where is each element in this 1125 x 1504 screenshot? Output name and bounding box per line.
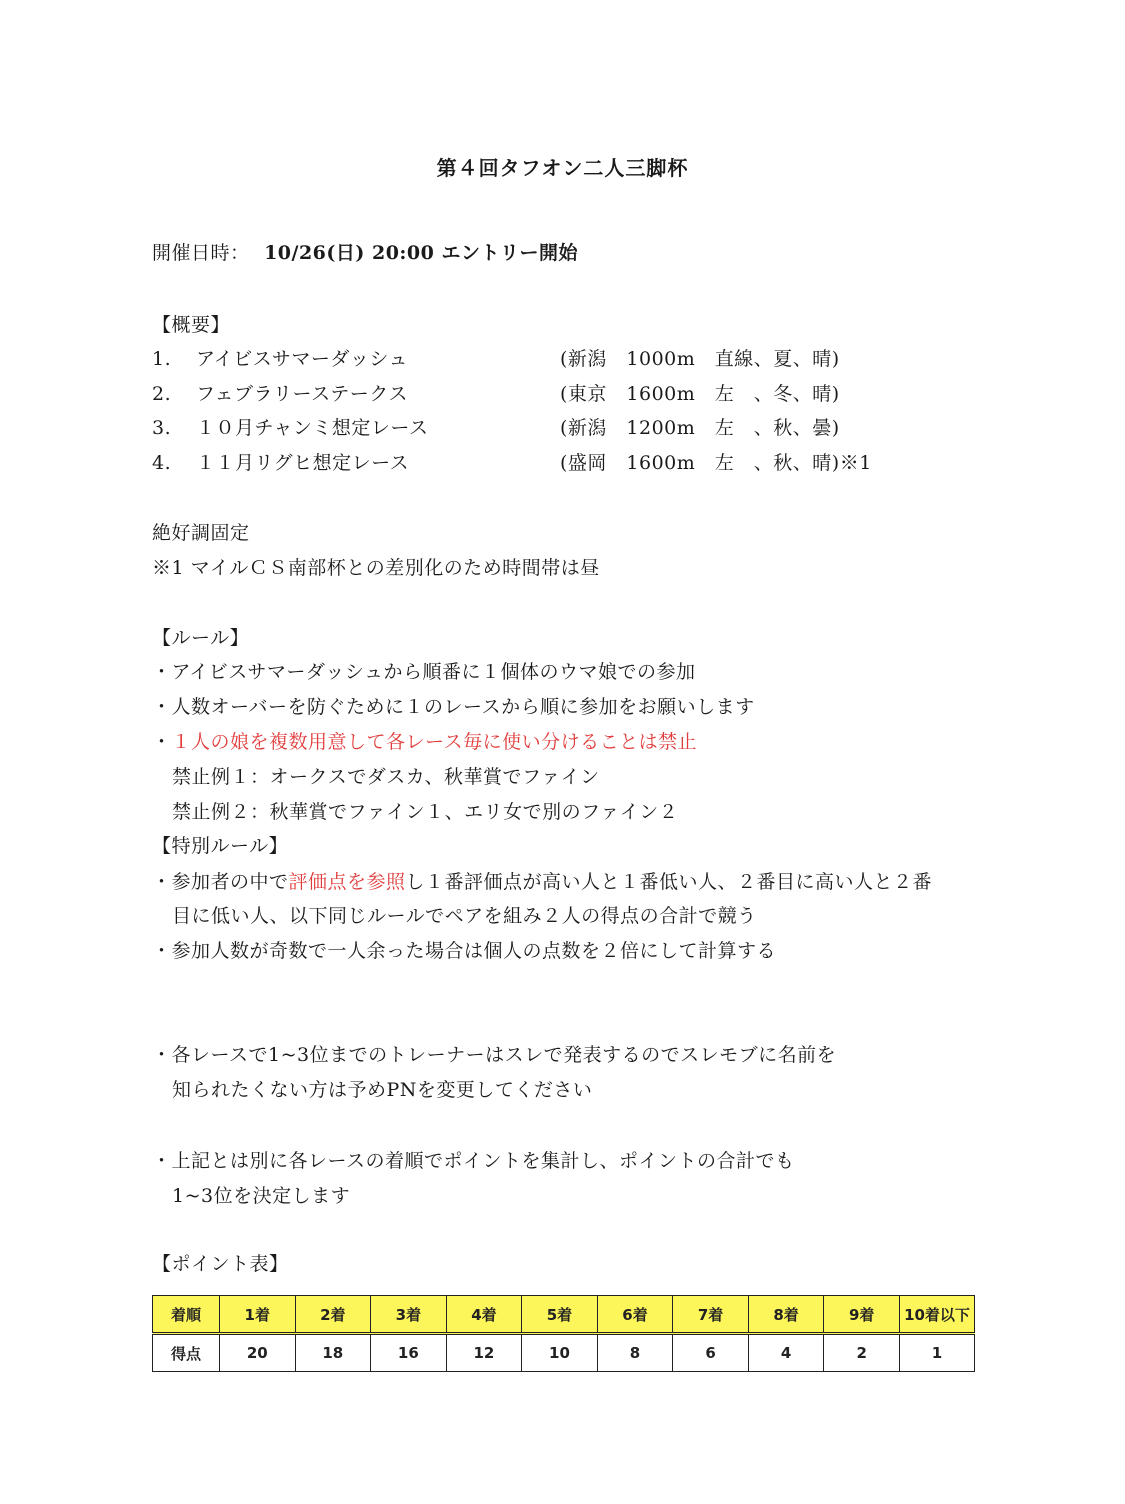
- points-note-line: ・上記とは別に各レースの着順でポイントを集計し、ポイントの合計でも: [152, 1148, 795, 1174]
- table-header-cell: 7着: [673, 1296, 749, 1334]
- table-header-cell: 8着: [748, 1296, 824, 1334]
- event-date: 開催日時： 10/26(日) 20:00 エントリー開始: [152, 240, 578, 266]
- race-name: １０月チャンミ想定レース: [196, 417, 428, 439]
- table-header-cell: 6着: [597, 1296, 673, 1334]
- table-cell: 8: [597, 1334, 673, 1372]
- rule-item: ・アイビスサマーダッシュから順番に１個体のウマ娘での参加: [152, 659, 696, 685]
- table-row-label: 得点: [153, 1334, 220, 1372]
- table-header-cell: 4着: [446, 1296, 522, 1334]
- points-table: 着順 1着 2着 3着 4着 5着 6着 7着 8着 9着 10着以下 得点 2…: [152, 1295, 975, 1372]
- special-rule-item: ・参加者の中で評価点を参照し１番評価点が高い人と１番低い人、２番目に高い人と２番: [152, 869, 932, 895]
- overview-heading: 【概要】: [152, 312, 230, 338]
- table-row: 得点 20 18 16 12 10 8 6 4 2 1: [153, 1334, 975, 1372]
- race-item: 2.フェブラリーステークス (東京 1600m 左 、冬、晴): [152, 381, 1052, 407]
- race-conditions: (東京 1600m 左 、冬、晴): [560, 381, 840, 407]
- points-table-heading: 【ポイント表】: [152, 1251, 289, 1277]
- table-header-cell: 3着: [371, 1296, 447, 1334]
- announcement-line: ・各レースで1~3位までのトレーナーはスレで発表するのでスレモブに名前を: [152, 1042, 836, 1068]
- rule-item-prohibited: ・１人の娘を複数用意して各レース毎に使い分けることは禁止: [152, 729, 697, 755]
- prohibited-example: 禁止例１：オークスでダスカ、秋華賞でファイン: [172, 764, 600, 790]
- table-cell: 16: [371, 1334, 447, 1372]
- table-header-cell: 9着: [824, 1296, 900, 1334]
- prohibited-text: １人の娘を複数用意して各レース毎に使い分けることは禁止: [172, 731, 698, 753]
- race-conditions: (新潟 1200m 左 、秋、曇): [560, 415, 840, 441]
- race-conditions: (新潟 1000m 直線、夏、晴): [560, 346, 840, 372]
- race-name: フェブラリーステークス: [196, 383, 408, 405]
- table-cell: 2: [824, 1334, 900, 1372]
- race-item: 1.アイビスサマーダッシュ (新潟 1000m 直線、夏、晴): [152, 346, 1052, 372]
- table-cell: 18: [295, 1334, 371, 1372]
- special-rule-item-cont: 目に低い人、以下同じルールでペアを組み２人の得点の合計で競う: [172, 903, 757, 929]
- special-rule-item: ・参加人数が奇数で一人余った場合は個人の点数を２倍にして計算する: [152, 938, 776, 964]
- date-value: 10/26(日) 20:00 エントリー開始: [264, 242, 578, 264]
- table-cell: 20: [220, 1334, 296, 1372]
- table-header-cell: 10着以下: [900, 1296, 975, 1334]
- highlight-text: 評価点を参照: [289, 871, 406, 893]
- table-cell: 6: [673, 1334, 749, 1372]
- race-item: 4.１１月リグヒ想定レース (盛岡 1600m 左 、秋、晴)※1: [152, 450, 1052, 476]
- race-name: アイビスサマーダッシュ: [196, 348, 408, 370]
- date-label: 開催日時：: [152, 242, 250, 264]
- page-title: 第４回タフオン二人三脚杯: [0, 152, 1125, 181]
- rules-heading: 【ルール】: [152, 625, 249, 651]
- table-header-cell: 1着: [220, 1296, 296, 1334]
- table-header-row: 着順 1着 2着 3着 4着 5着 6着 7着 8着 9着 10着以下: [153, 1296, 975, 1334]
- race-conditions: (盛岡 1600m 左 、秋、晴)※1: [560, 450, 872, 476]
- table-cell: 12: [446, 1334, 522, 1372]
- footnote: ※1 マイルＣＳ南部杯との差別化のため時間帯は昼: [152, 555, 600, 581]
- points-note-line: 1~3位を決定します: [172, 1183, 350, 1209]
- table-cell: 1: [900, 1334, 975, 1372]
- document-page: 第４回タフオン二人三脚杯 開催日時： 10/26(日) 20:00 エントリー開…: [0, 0, 1125, 1504]
- condition-note: 絶好調固定: [152, 520, 250, 546]
- table-header-cell: 2着: [295, 1296, 371, 1334]
- table-cell: 4: [748, 1334, 824, 1372]
- table-header-cell: 5着: [522, 1296, 598, 1334]
- announcement-line: 知られたくない方は予めPNを変更してください: [172, 1077, 592, 1103]
- race-name: １１月リグヒ想定レース: [196, 452, 409, 474]
- special-rules-heading: 【特別ルール】: [152, 833, 288, 859]
- race-item: 3.１０月チャンミ想定レース (新潟 1200m 左 、秋、曇): [152, 415, 1052, 441]
- rule-item: ・人数オーバーを防ぐために１のレースから順に参加をお願いします: [152, 694, 755, 720]
- table-header-label: 着順: [153, 1296, 220, 1334]
- table-cell: 10: [522, 1334, 598, 1372]
- prohibited-example: 禁止例２：秋華賞でファイン１、エリ女で別のファイン２: [172, 799, 678, 825]
